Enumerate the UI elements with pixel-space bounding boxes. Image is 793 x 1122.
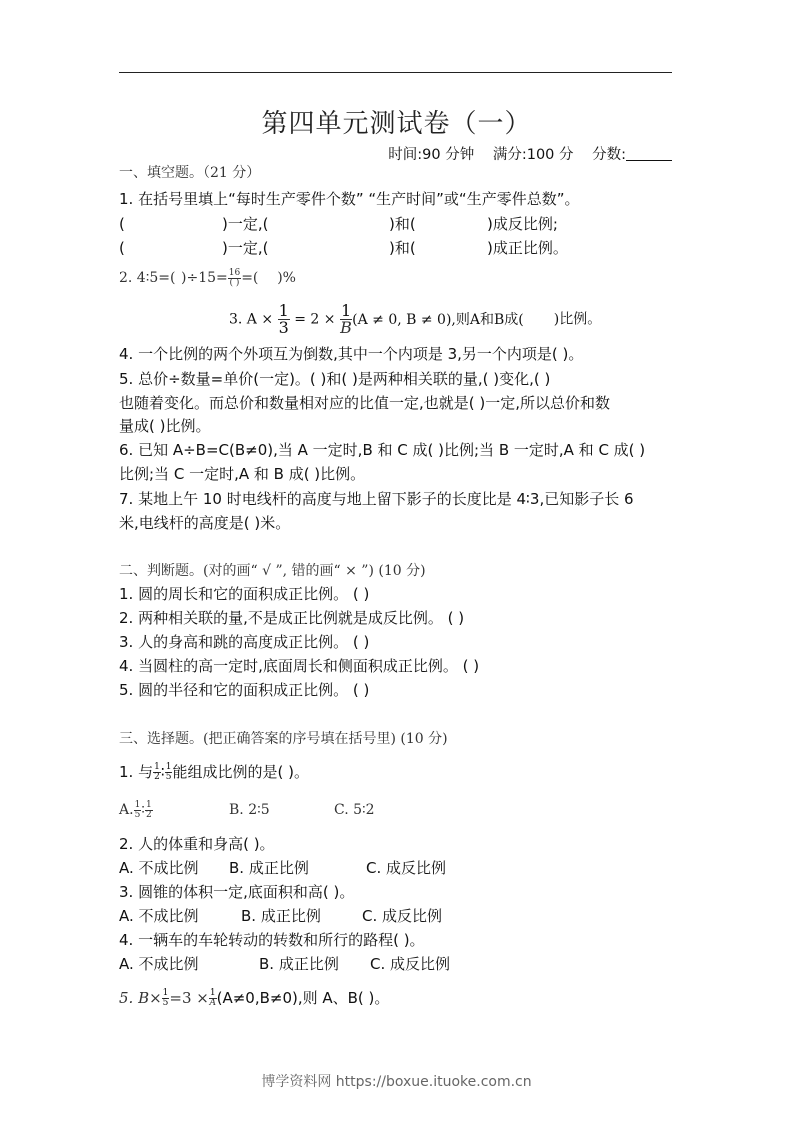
option-c: C. 成反比例: [370, 955, 450, 973]
s3-q2-stem: 2. 人的体重和身高( )。: [119, 834, 275, 854]
exam-full-score: 满分:100 分: [493, 147, 574, 163]
paren: )一定,(: [222, 214, 389, 234]
section1-heading: 一、填空题。（21 分）: [119, 163, 260, 183]
s1-q4: 4. 一个比例的两个外项互为倒数,其中一个内项是 3,另一个内项是( )。: [119, 344, 583, 364]
section2-heading: 二、判断题。(对的画“ √ ”, 错的画“ × ”) (10 分): [119, 561, 426, 581]
s1-q1-stem: 1. 在括号里填上“每时生产零件个数” “生产时间”或“生产零件总数”。: [119, 189, 579, 209]
q5-part: (A≠0,B≠0),则 A、B( )。: [217, 989, 390, 1007]
paren: )成正比例。: [487, 239, 568, 257]
q3-part: 3. A ×: [229, 312, 273, 328]
option-c: C. 成反比例: [366, 859, 446, 877]
denominator: ( ): [228, 279, 241, 288]
fraction: 1A: [209, 989, 217, 1008]
option-a: A. 不成比例: [119, 954, 259, 974]
q2-fraction: 16( ): [228, 269, 241, 288]
s1-q1-row1: ()一定,()和()成反比例;: [119, 214, 558, 234]
s1-q7-line2: 米,电线杆的高度是( )米。: [119, 513, 290, 533]
denominator: A: [209, 999, 217, 1008]
option-b: B. 成正比例: [241, 906, 362, 926]
q5-part: =3 ×: [169, 989, 208, 1007]
paren: )和(: [389, 238, 487, 258]
option-c: C. 成反比例: [362, 907, 442, 925]
score-blank[interactable]: [626, 146, 672, 161]
page-title: 第四单元测试卷（一）: [0, 103, 793, 140]
option-b: B. 2∶5: [229, 800, 334, 820]
q3-part: (A ≠ 0, B ≠ 0),则A和B成(: [352, 310, 554, 330]
q1-part: 能组成比例的是( )。: [172, 763, 308, 781]
s1-q5-line2: 也随着变化。而总价和数量相对应的比值一定,也就是( )一定,所以总价和数: [119, 393, 610, 413]
q2-part: 2. 4∶5=(: [119, 268, 181, 288]
q3-part: = 2 ×: [294, 312, 335, 328]
s3-q1-options: A.15∶12B. 2∶5C. 5∶2: [119, 800, 375, 820]
exam-time: 时间:90 分钟: [388, 147, 474, 163]
top-rule: [119, 72, 672, 73]
s1-q5-line1: 5. 总价÷数量=单价(一定)。( )和( )是两种相关联的量,( )变化,( …: [119, 369, 550, 389]
q3-part: )比例。: [554, 312, 601, 328]
numerator: 16: [228, 269, 241, 279]
s2-item-1: 1. 圆的周长和它的面积成正比例。 ( ): [119, 584, 369, 604]
q2-part: )÷15=: [181, 270, 228, 286]
s2-item-5: 5. 圆的半径和它的面积成正比例。 ( ): [119, 680, 369, 700]
option-c: C. 5∶2: [334, 802, 375, 818]
denominator: B: [340, 320, 352, 336]
s3-q4-options: A. 不成比例B. 成正比例C. 成反比例: [119, 954, 450, 974]
s3-q2-options: A. 不成比例B. 成正比例C. 成反比例: [119, 858, 446, 878]
q3-fraction-2: 1B: [340, 303, 352, 336]
numerator: 1: [145, 801, 153, 811]
s3-q3-options: A. 不成比例B. 成正比例C. 成反比例: [119, 906, 442, 926]
exam-score-label: 分数:: [592, 147, 626, 163]
s1-q3: 3. A × 13 = 2 × 1B(A ≠ 0, B ≠ 0),则A和B成()…: [229, 303, 601, 336]
option-label: A.: [119, 802, 134, 818]
s1-q5-line3: 量成( )比例。: [119, 416, 210, 436]
paren: )一定,(: [222, 238, 389, 258]
denominator: 3: [278, 320, 290, 336]
paren: )和(: [389, 214, 487, 234]
s1-q2: 2. 4∶5=()÷15=16( )=()%: [119, 268, 296, 288]
s3-q5: 5. B×15=3 ×1A(A≠0,B≠0),则 A、B( )。: [119, 988, 389, 1008]
q5-part: 5. B×: [119, 989, 162, 1007]
denominator: 2: [145, 811, 153, 820]
fraction: 12: [145, 801, 153, 820]
s1-q7-line1: 7. 某地上午 10 时电线杆的高度与地上留下影子的长度比是 4∶3,已知影子长…: [119, 489, 634, 509]
q2-part: =(: [241, 268, 277, 288]
option-a: A. 不成比例: [119, 906, 241, 926]
paren: )成反比例;: [487, 215, 558, 233]
option-a: A. 不成比例: [119, 858, 229, 878]
q2-part: )%: [277, 270, 296, 286]
option-b: B. 成正比例: [229, 858, 366, 878]
s2-item-2: 2. 两种相关联的量,不是成正比例就是成反比例。 ( ): [119, 608, 464, 628]
denominator: 2: [153, 773, 161, 782]
footer-watermark: 博学资料网 https://boxue.ituoke.com.cn: [0, 1071, 793, 1091]
exam-meta: 时间:90 分钟 满分:100 分 分数:: [374, 143, 672, 164]
s1-q6-line2: 比例;当 C 一定时,A 和 B 成( )比例。: [119, 464, 365, 484]
s2-item-4: 4. 当圆柱的高一定时,底面周长和侧面积成正比例。 ( ): [119, 656, 479, 676]
s2-item-3: 3. 人的身高和跳的高度成正比例。 ( ): [119, 632, 369, 652]
section3-heading: 三、选择题。(把正确答案的序号填在括号里) (10 分): [119, 729, 448, 749]
s1-q6-line1: 6. 已知 A÷B=C(B≠0),当 A 一定时,B 和 C 成( )比例;当 …: [119, 440, 645, 460]
s3-q1-stem: 1. 与12∶15能组成比例的是( )。: [119, 762, 309, 782]
fraction: 12: [153, 763, 161, 782]
paren: (: [119, 214, 222, 234]
option-b: B. 成正比例: [259, 954, 370, 974]
q1-part: 1. 与: [119, 763, 153, 781]
s3-q4-stem: 4. 一辆车的车轮转动的转数和所行的路程( )。: [119, 930, 425, 950]
s3-q3-stem: 3. 圆锥的体积一定,底面积和高( )。: [119, 882, 354, 902]
s1-q1-row2: ()一定,()和()成正比例。: [119, 238, 568, 258]
option-a: A.15∶12: [119, 800, 229, 820]
paren: (: [119, 238, 222, 258]
q3-fraction-1: 13: [278, 303, 290, 336]
